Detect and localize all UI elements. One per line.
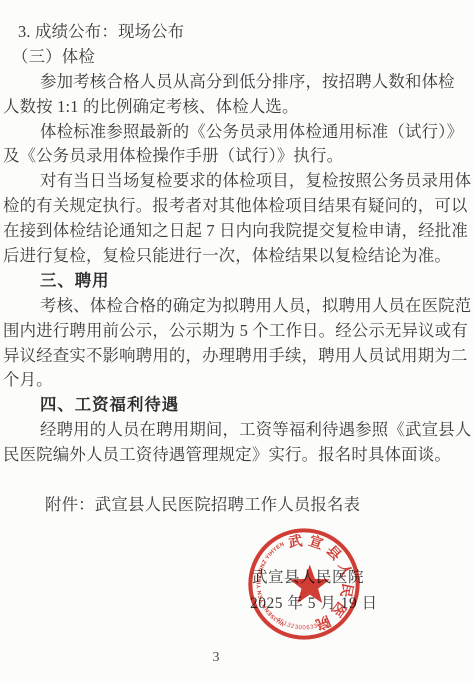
text-line: 个月。	[3, 368, 465, 393]
text-line: 围内进行聘用前公示，公示期为 5 个工作日。经公示无异议或有	[3, 319, 465, 344]
document-body: 3. 成绩公布：现场公布 （三）体检 参加考核合格人员从高分到低分排序，按招聘人…	[3, 20, 465, 518]
text-line: 对有当日当场复检要求的体检项目，复检按照公务员录用体	[3, 169, 465, 194]
section-heading: 三、聘用	[3, 269, 465, 294]
attachment-line: 附件：武宣县人民医院招聘工作人员报名表	[3, 493, 465, 518]
document-page: 3. 成绩公布：现场公布 （三）体检 参加考核合格人员从高分到低分排序，按招聘人…	[0, 0, 473, 681]
sub-heading: （三）体检	[3, 45, 465, 70]
text-line: 后进行复检，复检只能进行一次，体检结果以复检结论为准。	[3, 244, 465, 269]
section-heading: 四、工资福利待遇	[3, 393, 465, 418]
text-line: 体检标准参照最新的《公务员录用体检通用标准（试行）》	[3, 120, 465, 145]
seal-star-icon	[290, 565, 330, 603]
text-line: 参加考核合格人员从高分到低分排序，按招聘人数和体检	[3, 70, 465, 95]
text-line: 在接到体检结论通知之日起 7 日内向我院提交复检申请，经批准	[3, 219, 465, 244]
page-number: 3	[206, 650, 226, 666]
text-line: 民医院编外人员工资待遇管理规定》实行。报名时具体面谈。	[3, 443, 465, 468]
text-line: 检的有关规定执行。报考者对其他体检项目结果有疑问的，可以	[3, 194, 465, 219]
text-line: 考核、体检合格的确定为拟聘用人员，拟聘用人员在医院范	[3, 294, 465, 319]
text-line: 及《公务员录用体检操作手册（试行）》执行。	[3, 144, 465, 169]
official-seal: 武宣县人民医院 VUJSENH YEN YINZMINZ YIHYEN 4513…	[246, 526, 362, 642]
numbered-item: 3. 成绩公布：现场公布	[3, 20, 465, 45]
text-line: 经聘用的人员在聘用期间，工资等福利待遇参照《武宣县人	[3, 418, 465, 443]
text-line: 异议经查实不影响聘用的，办理聘用手续，聘用人员试用期为二	[3, 344, 465, 369]
text-line: 人数按 1:1 的比例确定考核、体检人选。	[3, 95, 465, 120]
